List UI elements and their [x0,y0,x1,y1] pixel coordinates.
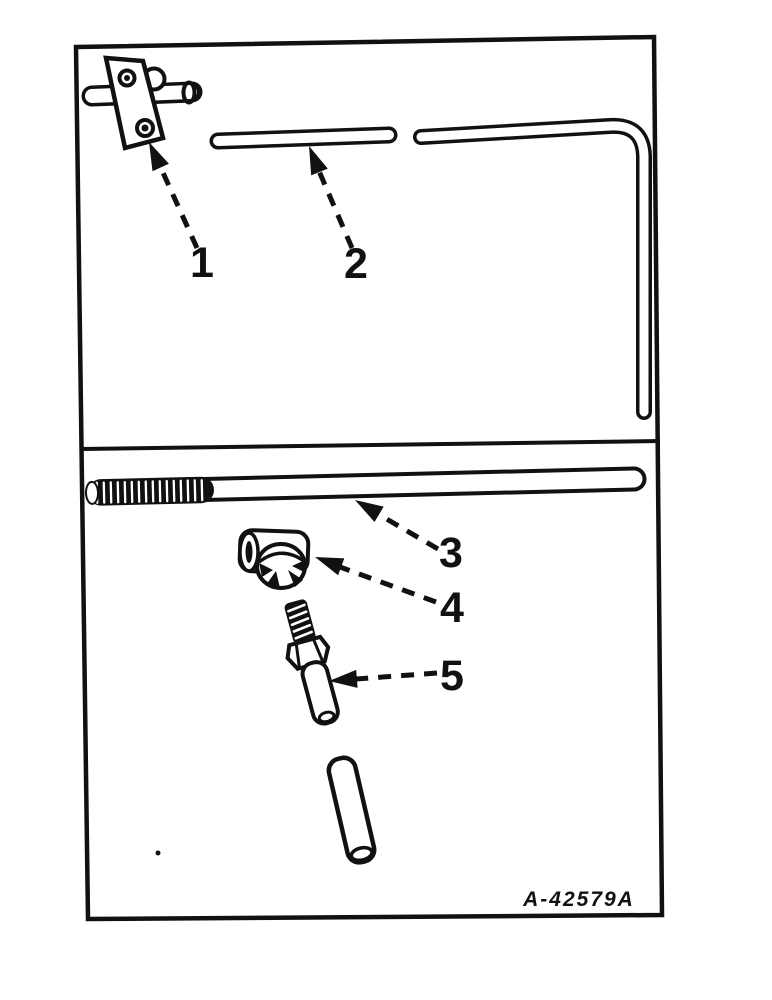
clamp-hole-top-center [124,75,130,81]
scan-speck [156,851,161,856]
arrow-shaft-3 [378,514,438,549]
part-5-threaded-stud [274,596,347,729]
rod-straight-body [218,135,389,141]
part-4-swivel-block [239,530,308,588]
rod-bent-body [421,126,644,412]
swivel-bore-hole [246,541,253,563]
thread-section [86,476,215,506]
rod-bent-outline [421,126,644,412]
arrow-shaft-2 [319,171,352,248]
callout-label-2: 2 [344,240,368,288]
part-1-clamp-plate-with-pin [92,58,195,148]
callout-label-4: 4 [440,584,464,632]
clamp-hole-bottom-center [142,125,149,132]
scanned-manual-page: 1 2 3 4 5 A-42579A [0,0,772,1000]
figure-id-label: A-42579A [522,888,635,911]
part-2-bent-control-rod [218,126,644,412]
thread-end-face [86,482,99,504]
arrow-head-2 [309,146,328,175]
callout-label-5: 5 [440,652,464,700]
arrow-head-3 [355,500,384,522]
arrow-head-5 [329,670,358,688]
arrow-head-4 [315,557,344,575]
arrow-shaft-4 [340,567,436,602]
arrow-shaft-5 [356,673,437,679]
callout-label-3: 3 [439,529,463,577]
sleeve-tube [326,755,376,864]
callout-label-1: 1 [190,239,214,287]
parts-diagram-figure: 1 2 3 4 5 A-42579A [0,0,772,1000]
panel-divider-line [81,441,660,449]
arrow-shaft-1 [160,166,197,248]
arrow-head-1 [149,142,169,171]
